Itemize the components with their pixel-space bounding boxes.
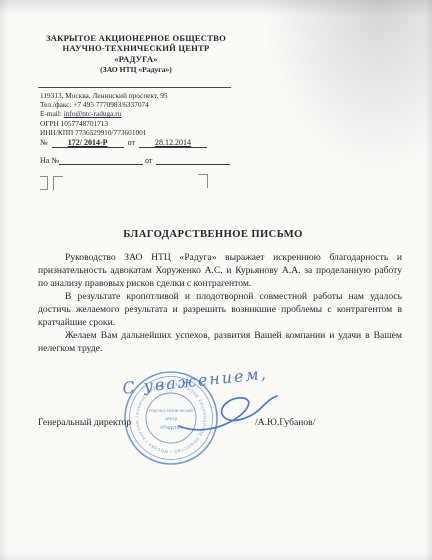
reference-number-row: № 172/ 2014-Р от 28.12.2014	[40, 138, 209, 148]
org-email-line: E-mail: info@ntc-raduga.ru	[40, 109, 250, 118]
email-label: E-mail:	[40, 109, 62, 118]
ref-ot-label: от	[128, 138, 135, 147]
corner-mark-bracket	[40, 176, 48, 190]
ref-date-value: 28.12.2014	[139, 138, 207, 148]
org-name-line1: ЗАКРЫТОЕ АКЦИОНЕРНОЕ ОБЩЕСТВО	[38, 33, 234, 43]
corner-mark-top-right	[198, 174, 208, 188]
body-paragraph-2: В результате кропотливой и плодотворной …	[38, 290, 402, 329]
org-name-line2: НАУЧНО-ТЕХНИЧЕСКИЙ ЦЕНТР	[38, 43, 234, 53]
body-paragraph-1: Руководство ЗАО НТЦ «Радуга» выражает ис…	[38, 251, 402, 290]
org-ogrn: ОГРН 1057748701713	[40, 119, 250, 128]
org-phone: Тел./факс: +7 495 7770983/6337074	[40, 100, 250, 109]
letterhead-divider-line	[38, 87, 231, 88]
letterhead-contacts-block: 119313, Москва, Ленинский проспект, 95 Т…	[40, 91, 250, 137]
letter-body: Руководство ЗАО НТЦ «Радуга» выражает ис…	[38, 251, 402, 355]
signer-name: /А.Ю.Губанов/	[255, 417, 315, 428]
ref-no-value: 172/ 2014-Р	[52, 138, 124, 148]
org-address: 119313, Москва, Ленинский проспект, 95	[40, 91, 250, 100]
na-date-blank	[156, 155, 230, 165]
signer-position: Генеральный директор	[38, 417, 131, 428]
na-ot-label: от	[145, 156, 152, 165]
na-no-blank	[59, 155, 143, 165]
org-name-line3: «РАДУГА»	[38, 54, 234, 64]
org-inn-kpp: ИНН/КПП 7736529910/773601001	[40, 128, 250, 137]
signature-scribble	[175, 388, 285, 443]
scanned-letter-page: ЗАКРЫТОЕ АКЦИОНЕРНОЕ ОБЩЕСТВО НАУЧНО-ТЕХ…	[0, 0, 432, 560]
letter-title: БЛАГОДАРСТВЕННОЕ ПИСЬМО	[0, 229, 426, 240]
body-paragraph-3: Желаем Вам дальнейших успехов, развития …	[38, 329, 402, 355]
ref-no-label: №	[40, 138, 48, 147]
letterhead-org-block: ЗАКРЫТОЕ АКЦИОНЕРНОЕ ОБЩЕСТВО НАУЧНО-ТЕХ…	[38, 33, 234, 75]
reply-reference-row: На № от	[40, 155, 230, 165]
corner-mark-top-left	[53, 176, 63, 190]
email-address: info@ntc-raduga.ru	[64, 109, 122, 118]
na-no-label: На №	[40, 156, 59, 165]
org-short-name: (ЗАО НТЦ «Радуга»)	[38, 65, 234, 75]
